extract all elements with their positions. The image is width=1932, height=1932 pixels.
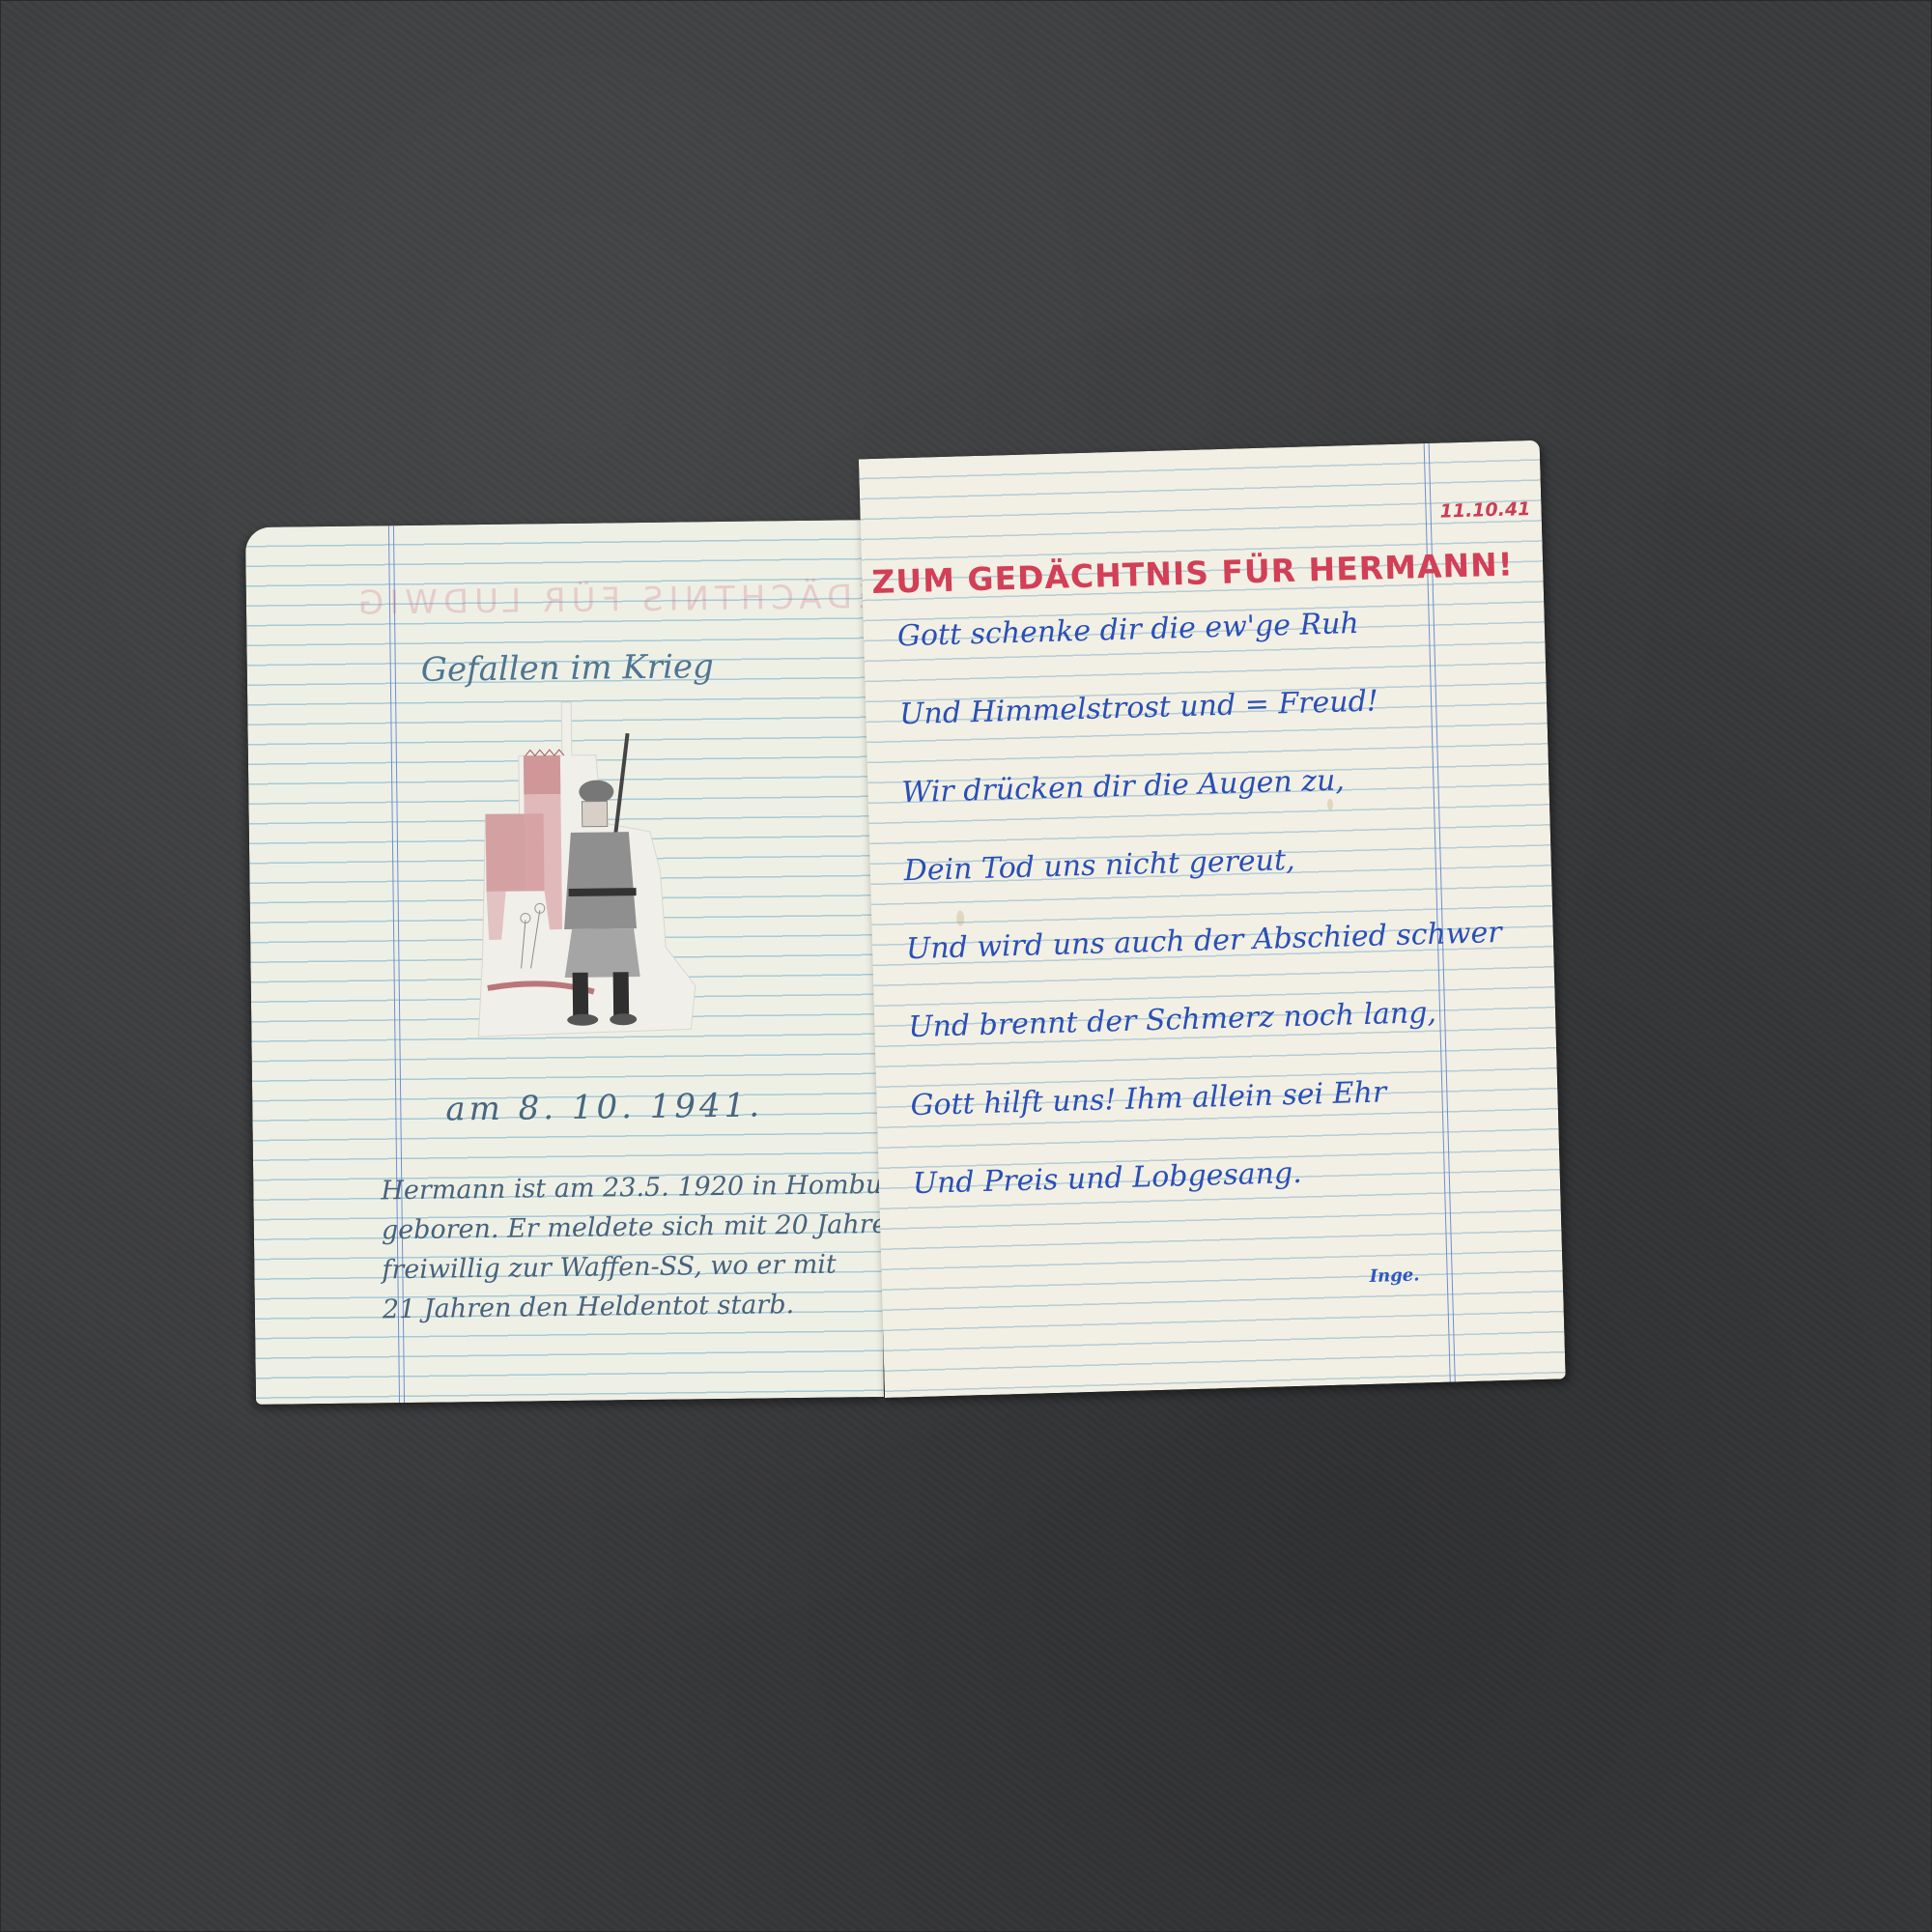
entry-date: 11.10.41 [1439,498,1530,523]
left-page-title: Gefallen im Krieg [421,647,715,690]
death-date: am 8. 10. 1941. [445,1087,763,1129]
left-page: ZUM GEDÄCHTNIS FÜR LUDWIG Gefallen im Kr… [245,520,884,1405]
biography-line: Hermann ist am 23.5. 1920 in Homburg [381,1165,883,1210]
soldier-illustration [465,696,711,1056]
paper-stain [956,911,964,926]
poem-line: Und Preis und Lobgesang. [912,1139,1510,1234]
biography-line: 21 Jahren den Heldentot starb. [383,1284,884,1329]
open-notebook: ZUM GEDÄCHTNIS FÜR LUDWIG Gefallen im Kr… [0,0,1932,1932]
biography-text: Hermann ist am 23.5. 1920 in Homburg geb… [381,1165,884,1329]
memorial-poem: Gott schenke dir die ew'ge Ruh Und Himme… [896,591,1510,1234]
soldier-drawing-icon [465,696,711,1056]
bleed-through-heading: ZUM GEDÄCHTNIS FÜR LUDWIG [353,576,884,622]
biography-line: freiwillig zur Waffen-SS, wo er mit [382,1244,884,1290]
right-page: 11.10.41 ZUM GEDÄCHTNIS FÜR HERMANN! Got… [859,440,1566,1398]
paper-stain [1327,799,1333,810]
biography-line: geboren. Er meldete sich mit 20 Jahren [382,1205,884,1250]
signature: Inge. [1369,1265,1419,1287]
